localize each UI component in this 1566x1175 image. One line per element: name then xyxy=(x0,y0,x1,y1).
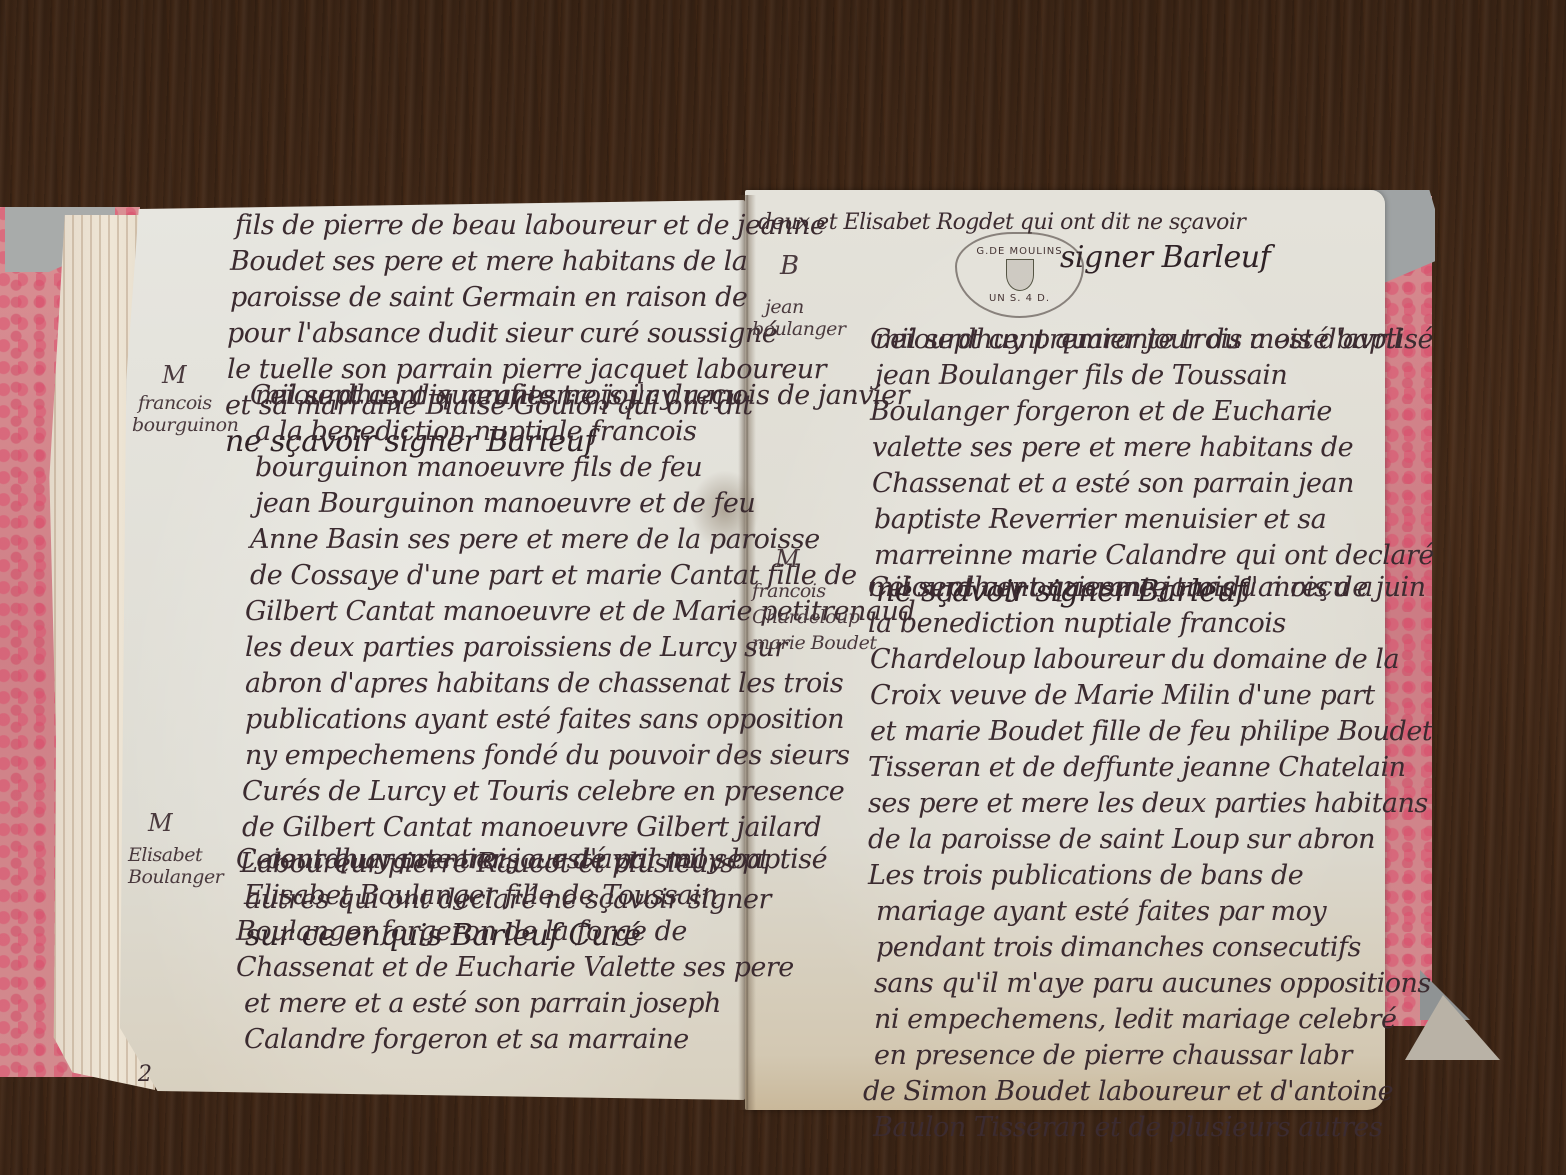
text-line: de Gilbert Cantat manoeuvre Gilbert jail… xyxy=(242,810,912,846)
text-line: sans qu'il m'aye paru aucunes opposition… xyxy=(874,966,1436,1002)
text-line: de la paroisse de saint Loup sur abron xyxy=(868,822,1430,858)
text-line: Elisabet Boulanger fille de Toussain xyxy=(244,878,805,914)
margin-name: jean xyxy=(765,296,804,318)
text-line: publications ayant esté faites sans oppo… xyxy=(245,702,915,738)
text-line: Chassenat et a esté son parrain jean xyxy=(872,466,1432,502)
text-line: jean Boulanger fils de Toussain xyxy=(875,358,1435,394)
text-line: abron d'apres habitans de chassenat les … xyxy=(245,666,915,702)
text-line: mil sept cent quarante trois j'ai reçu a xyxy=(868,570,1430,606)
margin-name: bourguinon xyxy=(132,414,238,436)
text-line: fils de pierre de beau laboureur et de j… xyxy=(235,208,834,244)
text-line: Boulanger forgeron et de Eucharie xyxy=(870,394,1430,430)
margin-letter: M xyxy=(775,548,799,570)
seal-text-top: G.DE MOULINS xyxy=(976,246,1062,257)
text-line: Baulon Tisseran et de plusieurs autres xyxy=(873,1110,1435,1146)
text-line: Croix veuve de Marie Milin d'une part xyxy=(870,678,1432,714)
seal-text-bottom: UN S. 4 D. xyxy=(989,293,1050,304)
right-entry-marriage-chardeloup: Ceiourdhuy onziesme jour du mois de juin… xyxy=(868,570,1430,1146)
text-line: Chardeloup laboureur du domaine de la xyxy=(870,642,1432,678)
text-line: bourguinon manoeuvre fils de feu xyxy=(255,450,925,486)
text-line: Chassenat et de Eucharie Valette ses per… xyxy=(236,950,797,986)
text-line: Les trois publications de bans de xyxy=(868,858,1430,894)
text-line: valette ses pere et mere habitans de xyxy=(872,430,1432,466)
text-line: cent quarante trois a esté par moy bapti… xyxy=(266,842,827,878)
text-line: et marie Boudet fille de feu philipe Bou… xyxy=(870,714,1432,750)
text-line: pour l'absance dudit sieur curé soussign… xyxy=(227,316,826,352)
right-entry-baptism-jean: Ceiourdhuy premier jour du mois d'avril … xyxy=(870,322,1430,610)
signature-line: signer Barleuf xyxy=(1060,240,1270,276)
margin-letter: M xyxy=(162,364,186,386)
text-line: jean Bourguinon manoeuvre et de feu xyxy=(255,486,925,522)
text-line: mariage ayant esté faites par moy xyxy=(876,894,1438,930)
text-line: ny empechemens fondé du pouvoir des sieu… xyxy=(245,738,915,774)
text-line: ses pere et mere les deux parties habita… xyxy=(868,786,1430,822)
text-line: Calandre forgeron et sa marraine xyxy=(244,1022,805,1058)
text-line: ni empechemens, ledit mariage celebré xyxy=(874,1002,1436,1038)
text-line: de Simon Boudet laboureur et d'antoine xyxy=(863,1074,1425,1110)
text-line: paroisse de saint Germain en raison de xyxy=(230,280,829,316)
text-line: Boulanger forgeron de la forge de xyxy=(236,914,797,950)
text-line: en presence de pierre chaussar labr xyxy=(874,1038,1436,1074)
margin-name: marie Boudet xyxy=(752,632,876,654)
text-line: mil sept cent quarante trois j'ay reçu xyxy=(255,378,925,414)
text-line: Anne Basin ses pere et mere de la parois… xyxy=(250,522,920,558)
margin-letter: M xyxy=(148,812,172,834)
text-line: marreinne marie Calandre qui ont declaré xyxy=(874,538,1434,574)
left-entry-baptism-elisabet: Ceiourdhuy premier jour d'avril mil sept… xyxy=(236,842,797,1058)
text-line: pendant trois dimanches consecutifs xyxy=(876,930,1438,966)
text-line: et mere et a esté son parrain joseph xyxy=(244,986,805,1022)
margin-name: Boulanger xyxy=(128,866,223,888)
margin-name: Chardeloup xyxy=(752,606,860,628)
text-line: mil sept cent quarante trois a esté bapt… xyxy=(875,322,1435,358)
text-line: la benediction nuptiale francois xyxy=(868,606,1430,642)
margin-name: francois xyxy=(752,580,826,602)
text-line: Curés de Lurcy et Touris celebre en pres… xyxy=(242,774,912,810)
margin-name: francois xyxy=(138,392,212,414)
margin-name: Elisabet xyxy=(128,844,202,866)
margin-name: boulanger xyxy=(752,318,845,340)
coat-of-arms-icon xyxy=(1006,259,1034,291)
text-line: Boudet ses pere et mere habitans de la xyxy=(230,244,829,280)
margin-letter: B xyxy=(780,255,799,277)
text-line: Tisseran et de deffunte jeanne Chatelain xyxy=(868,750,1430,786)
text-line: a la benediction nuptiale francois xyxy=(255,414,925,450)
text-line: baptiste Reverrier menuisier et sa xyxy=(874,502,1434,538)
page-number: 2 xyxy=(138,1062,152,1087)
